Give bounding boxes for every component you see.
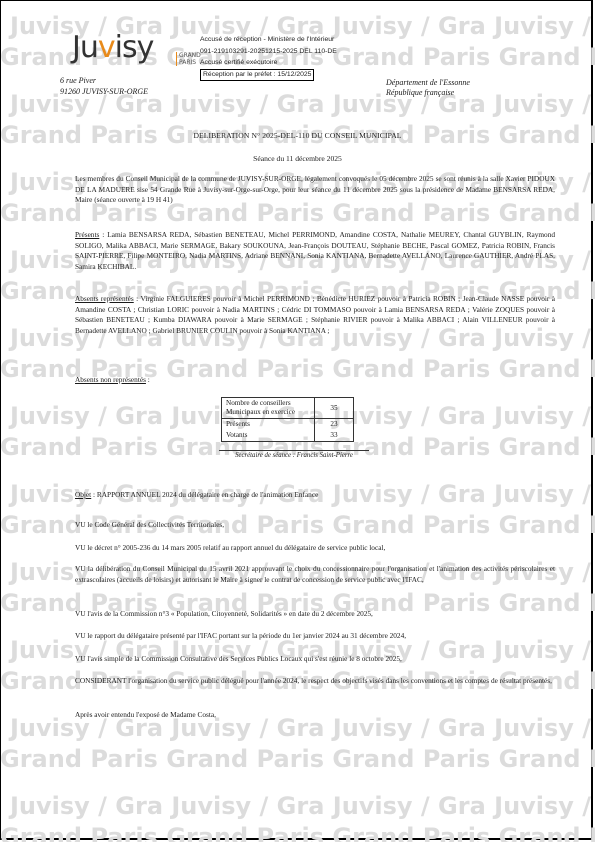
stamp-line-3: Accusé certifié exécutoire	[200, 57, 337, 69]
intro-paragraph: Les membres du Conseil Municipal de la c…	[75, 174, 555, 206]
mairie-address: 6 rue Piver 91260 JUVISY-SUR-ORGE	[60, 75, 148, 97]
document-page: Juvisy GRAND PARIS 6 rue Piver 91260 JUV…	[0, 0, 595, 842]
vu-item: VU le rapport du délégataire présenté pa…	[75, 631, 555, 642]
vu-item: VU le Code Général des Collectivités Ter…	[75, 520, 555, 531]
seance-date: Séance du 11 décembre 2025	[0, 154, 595, 163]
table-row: Votants 33	[222, 430, 354, 442]
table-row: Nombre de conseillers Municipaux en exer…	[222, 398, 354, 419]
logo-subtitle: GRAND PARIS	[176, 52, 201, 66]
vu-item: VU le décret n° 2005-236 du 14 mars 2005…	[75, 543, 555, 554]
reception-stamp: Accusé de réception - Ministère de l'Int…	[200, 34, 337, 81]
apres-avoir-entendu: Après avoir entendu l'exposé de Madame C…	[75, 710, 555, 721]
considerant-paragraph: CONSIDERANT l'organisation du service pu…	[75, 676, 555, 687]
absents-not-represented: Absents non représentés :	[75, 375, 555, 386]
session-secretary: Secrétaire de séance : Francis Saint-Pie…	[219, 450, 369, 459]
deliberation-title: DELIBERATION N° 2025-DEL-110 DU CONSEIL …	[0, 131, 595, 140]
table-row: Présents 23	[222, 419, 354, 431]
objet-line: Objet : RAPPORT ANNUEL 2024 du délégatai…	[75, 490, 555, 501]
logo-wordmark: Juvisy	[72, 30, 153, 65]
juvisy-logo: Juvisy GRAND PARIS	[72, 36, 192, 72]
absents-represented-paragraph: Absents représentés : Virginie FALGUIERE…	[75, 294, 555, 336]
vu-item: VU la délibération du Conseil Municipal …	[75, 564, 555, 585]
attendance-table: Nombre de conseillers Municipaux en exer…	[221, 397, 354, 442]
stamp-line-1: Accusé de réception - Ministère de l'Int…	[200, 34, 337, 46]
department-heading: Département de l'Essonne République fran…	[386, 78, 470, 98]
stamp-line-2: 091-219103291-20251215-2025 DEL 110-DE	[200, 46, 337, 58]
stamp-reception-date: Réception par le préfet : 15/12/2025	[200, 69, 314, 81]
presents-paragraph: Présents : Lamia BENSARSA REDA, Sébastie…	[75, 230, 555, 272]
vu-item: VU l'avis de la Commission n°3 « Populat…	[75, 609, 555, 620]
vu-item: VU l'avis simple de la Commission Consul…	[75, 654, 555, 665]
